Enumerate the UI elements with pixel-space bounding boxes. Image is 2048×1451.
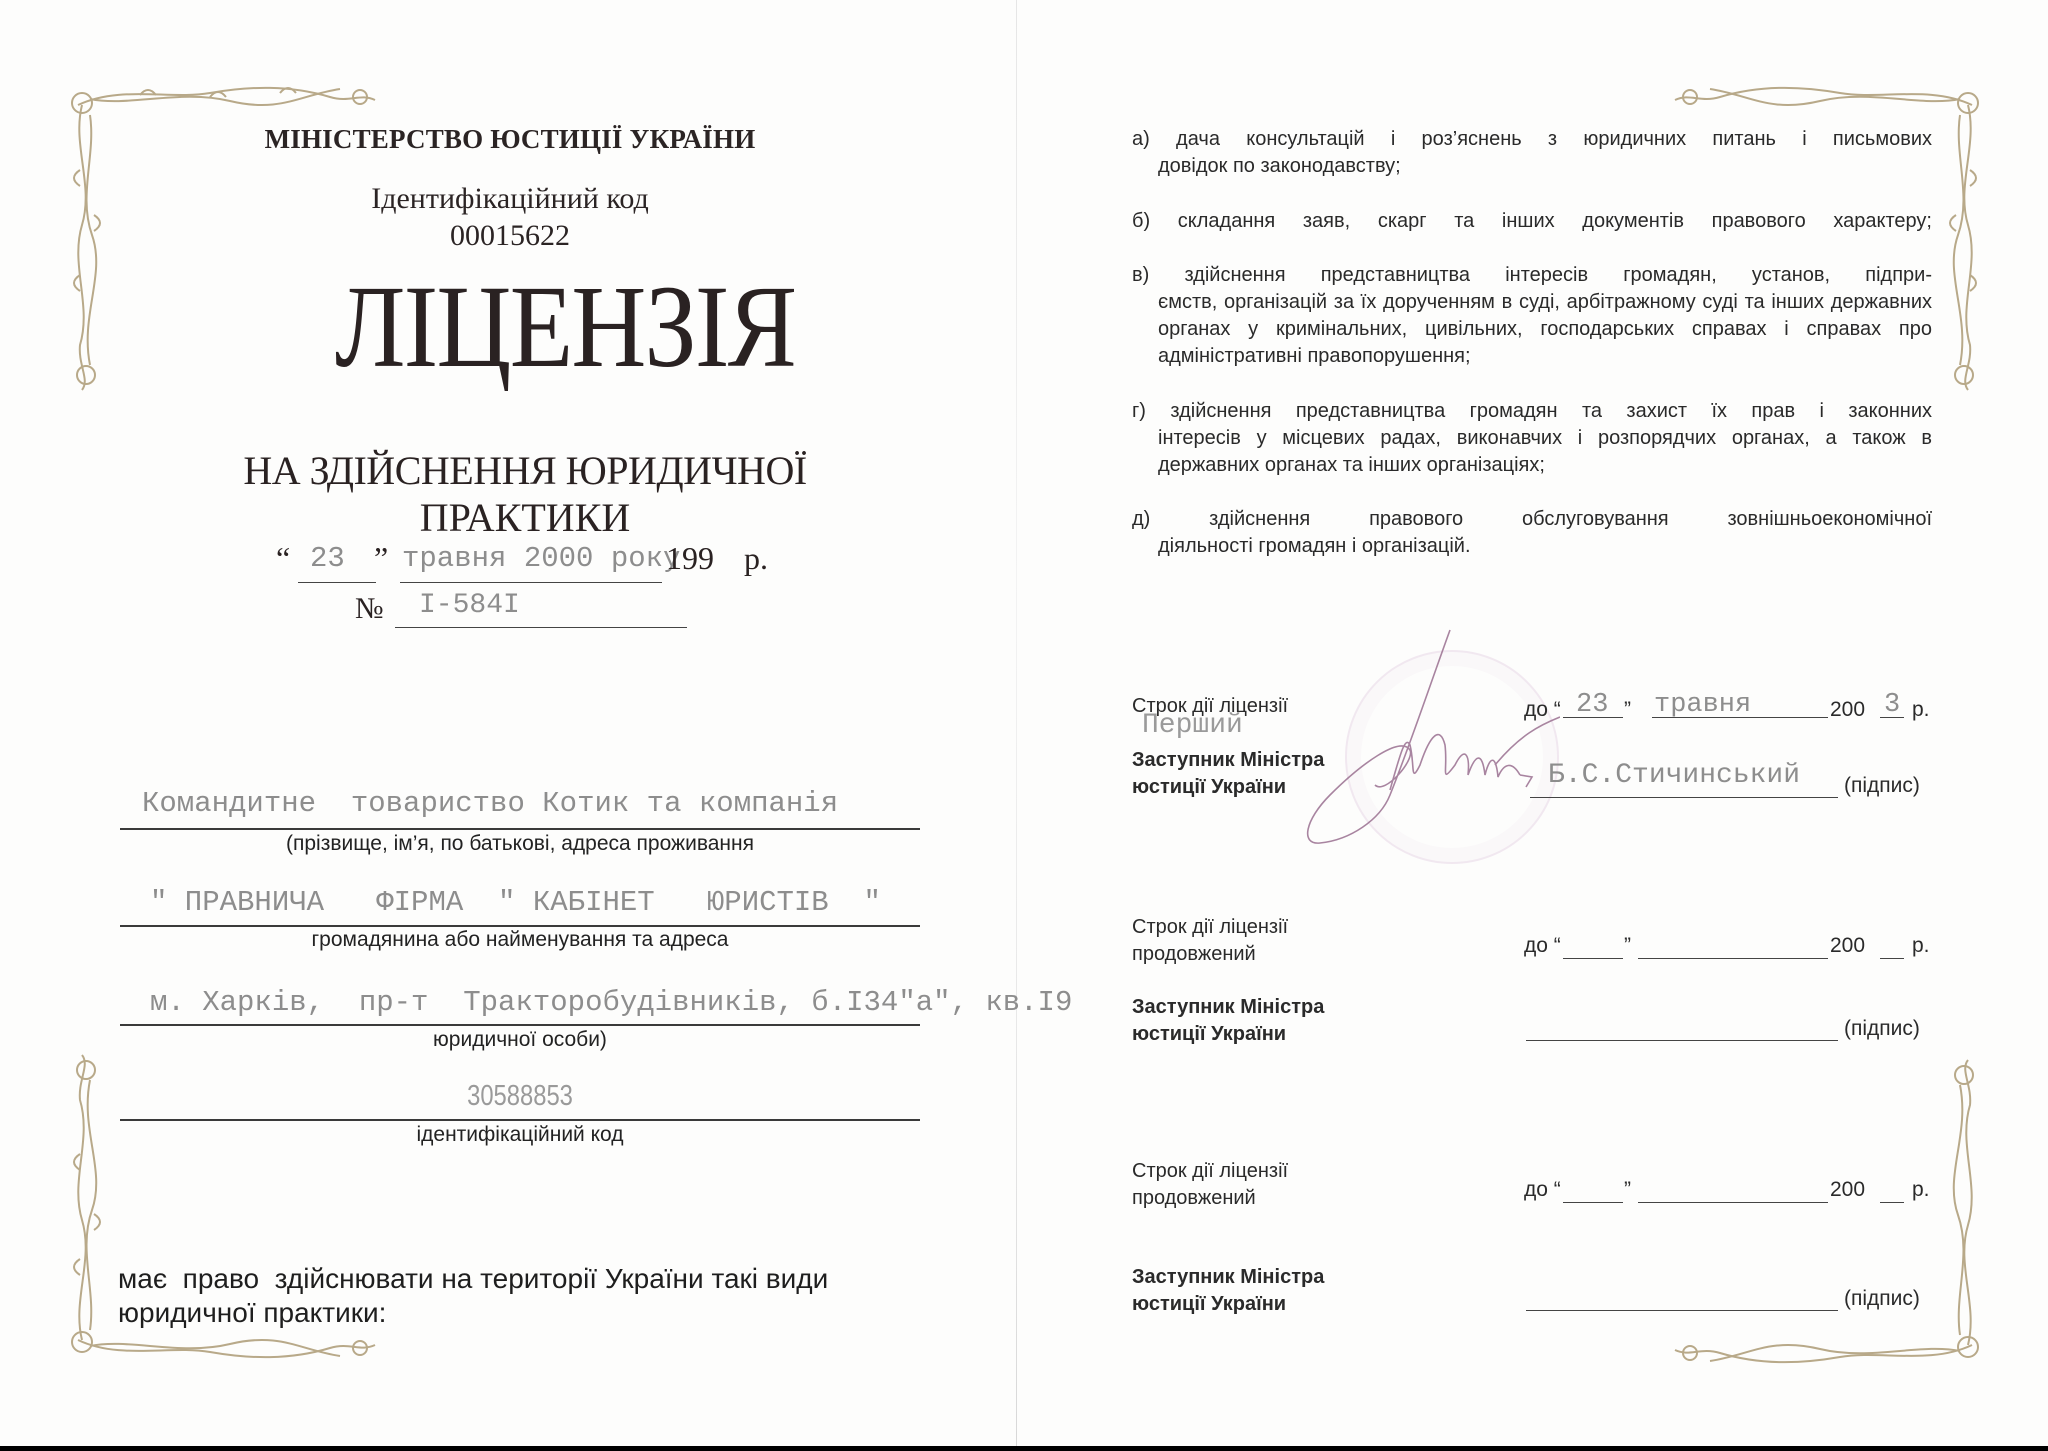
validity-1-year-abbr: р. xyxy=(1912,698,1930,722)
license-number-label: № xyxy=(355,592,384,626)
scan-bottom-edge xyxy=(0,1446,2048,1451)
validity-1-signer-title-line2: юстиції України xyxy=(1132,774,1286,801)
validity-1-date-row: до “ 23 ” травня 200 3 р. xyxy=(1524,690,1934,720)
validity-2-signature-caption: (підпис) xyxy=(1844,1015,1920,1042)
validity-2-year-prefix: 200 xyxy=(1830,934,1865,958)
validity-2-month-field[interactable] xyxy=(1638,958,1828,959)
validity-2-signer-title-line1: Заступник Міністра xyxy=(1132,994,1324,1021)
grants-statement-line2: юридичної практики: xyxy=(118,1296,958,1330)
validity-2-year-abbr: р. xyxy=(1912,934,1930,958)
license-number-row: № I-584I xyxy=(355,590,695,630)
validity-2-until-prefix: до “ xyxy=(1524,934,1561,958)
issue-date-day-underline xyxy=(298,582,376,583)
holder-ident-code-value: 30588853 xyxy=(192,1080,848,1113)
grants-statement: має право здійснювати на території Украї… xyxy=(118,1262,958,1330)
validity-2-term-label-line2: продовжений xyxy=(1132,941,1256,968)
ministry-ident-code-value: 00015622 xyxy=(250,219,770,253)
validity-1-signer-name: Б.С.Стичинський xyxy=(1548,760,1800,791)
issue-date-close-quote: ” xyxy=(374,540,388,577)
license-number-underline xyxy=(395,627,687,628)
ministry-ident-code-label: Ідентифікаційний код xyxy=(250,182,770,216)
practice-type-d-text: д) здійснення правового обслуговування з… xyxy=(1132,506,1932,533)
holder-address-underline xyxy=(120,1024,920,1026)
grants-statement-line1: має право здійснювати на території Украї… xyxy=(118,1262,958,1296)
issue-date-row: “ 23 ” травня 2000 року 199 р. xyxy=(276,540,796,580)
validity-2-day-close: ” xyxy=(1624,934,1631,958)
issue-date-year-abbr: р. xyxy=(744,540,768,577)
validity-1-day: 23 xyxy=(1576,690,1608,720)
practice-type-a: а) дача консультацій і роз’яснень з юрид… xyxy=(1132,126,1932,180)
ministry-heading: МІНІСТЕРСТВО ЮСТИЦІЇ УКРАЇНИ xyxy=(200,124,820,155)
practice-type-d: д) здійснення правового обслуговування з… xyxy=(1132,506,1932,560)
validity-1-signature-caption: (підпис) xyxy=(1844,772,1920,799)
document-subtitle-line1: НА ЗДІЙСНЕННЯ ЮРИДИЧНОЇ xyxy=(220,447,830,494)
validity-3-year-prefix: 200 xyxy=(1830,1178,1865,1202)
validity-3-year-field[interactable] xyxy=(1880,1202,1904,1203)
validity-1-year-digit: 3 xyxy=(1884,690,1900,720)
validity-3-month-field[interactable] xyxy=(1638,1202,1828,1203)
validity-3-until-prefix: до “ xyxy=(1524,1178,1561,1202)
validity-3-signature-caption: (підпис) xyxy=(1844,1285,1920,1312)
validity-1-month-underline xyxy=(1652,717,1828,718)
practice-type-a-cont: довідок по законодавству; xyxy=(1132,153,1932,180)
floral-corner-ornament-icon xyxy=(1660,1055,1990,1375)
practice-type-g: г) здійснення представництва громадян та… xyxy=(1132,398,1932,479)
validity-2-signer-title-line2: юстиції України xyxy=(1132,1021,1286,1048)
validity-1-month: травня xyxy=(1654,690,1751,720)
practice-type-a-text: а) дача консультацій і роз’яснень з юрид… xyxy=(1132,126,1932,153)
holder-org-value: " ПРАВНИЧА ФІРМА " КАБІНЕТ ЮРИСТІВ " xyxy=(150,886,881,919)
validity-3-year-abbr: р. xyxy=(1912,1178,1930,1202)
issue-date-printed-year: 199 xyxy=(666,540,714,577)
holder-address-value: м. Харків, пр-т Тракторобудівників, б.I3… xyxy=(150,986,1072,1019)
holder-ident-code-underline xyxy=(120,1119,920,1121)
holder-org-underline xyxy=(120,925,920,927)
validity-3-term-label-line2: продовжений xyxy=(1132,1185,1256,1212)
holder-name-value: Командитне товариство Котик та компанія xyxy=(142,787,838,820)
validity-3-signature-field[interactable] xyxy=(1526,1310,1838,1311)
page-fold-line xyxy=(1016,0,1017,1446)
practice-type-v-cont: ємств, організацій за їх дорученням в су… xyxy=(1132,289,1932,370)
holder-ident-code-caption: ідентифікаційний код xyxy=(120,1123,920,1147)
holder-org-caption: громадянина або найменування та адреса xyxy=(120,928,920,952)
practice-type-b-text: б) складання заяв, скарг та інших докуме… xyxy=(1132,208,1932,235)
practice-type-b: б) складання заяв, скарг та інших докуме… xyxy=(1132,208,1932,235)
practice-type-g-text: г) здійснення представництва громадян та… xyxy=(1132,398,1932,425)
practice-type-g-cont: інтересів у місцевих радах, виконавчих і… xyxy=(1132,425,1932,479)
issue-date-open-quote: “ xyxy=(276,540,290,577)
holder-name-caption: (прізвище, ім’я, по батькові, адреса про… xyxy=(120,832,920,856)
practice-type-d-cont: діяльності громадян і організацій. xyxy=(1132,533,1932,560)
practice-type-v: в) здійснення представництва інтересів г… xyxy=(1132,262,1932,370)
validity-3-day-close: ” xyxy=(1624,1178,1631,1202)
handwritten-signature-icon xyxy=(1290,625,1560,855)
validity-2-day-field[interactable] xyxy=(1563,958,1623,959)
validity-2-signature-field[interactable] xyxy=(1526,1040,1838,1041)
validity-2-term-label-line1: Строк дії ліцензії xyxy=(1132,914,1288,941)
practice-type-v-text: в) здійснення представництва інтересів г… xyxy=(1132,262,1932,289)
validity-1-year-underline xyxy=(1880,717,1904,718)
license-number-value: I-584I xyxy=(419,590,520,621)
issue-date-month-underline xyxy=(400,582,662,583)
validity-1-day-underline xyxy=(1563,717,1623,718)
validity-1-signature-underline xyxy=(1530,797,1838,798)
validity-1-handwritten-overlay: Перший xyxy=(1142,710,1243,741)
validity-3-day-field[interactable] xyxy=(1563,1202,1623,1203)
validity-3-signer-title-line1: Заступник Міністра xyxy=(1132,1264,1324,1291)
validity-2-year-field[interactable] xyxy=(1880,958,1904,959)
validity-3-signer-title-line2: юстиції України xyxy=(1132,1291,1286,1318)
validity-1-day-close: ” xyxy=(1624,698,1631,722)
document-title: ЛІЦЕНЗІЯ xyxy=(335,268,863,386)
issue-date-day: 23 xyxy=(310,542,345,575)
validity-2-date-row: до “ ” 200 р. xyxy=(1524,934,1934,964)
holder-address-caption: юридичної особи) xyxy=(120,1028,920,1052)
validity-3-term-label-line1: Строк дії ліцензії xyxy=(1132,1158,1288,1185)
issue-date-month-year: травня 2000 року xyxy=(402,542,680,575)
holder-name-underline xyxy=(120,828,920,830)
validity-3-date-row: до “ ” 200 р. xyxy=(1524,1178,1934,1208)
validity-1-year-prefix: 200 xyxy=(1830,698,1865,722)
document-subtitle-line2: ПРАКТИКИ xyxy=(220,494,830,541)
